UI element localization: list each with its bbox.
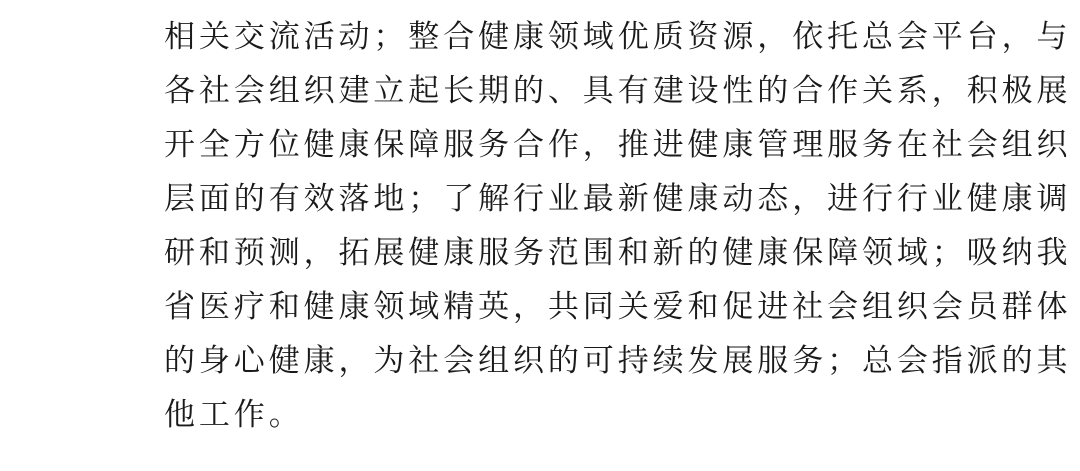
paragraph-line: 他工作。 xyxy=(164,388,924,442)
paragraph-line: 层面的有效落地；了解行业最新健康动态，进行行业健康调 xyxy=(164,172,924,226)
body-paragraph: 相关交流活动；整合健康领域优质资源，依托总会平台，与 各社会组织建立起长期的、具… xyxy=(164,10,924,442)
paragraph-line: 研和预测，拓展健康服务范围和新的健康保障领域；吸纳我 xyxy=(164,226,924,280)
paragraph-line: 各社会组织建立起长期的、具有建设性的合作关系，积极展 xyxy=(164,64,924,118)
paragraph-line: 开全方位健康保障服务合作，推进健康管理服务在社会组织 xyxy=(164,118,924,172)
document-page: 相关交流活动；整合健康领域优质资源，依托总会平台，与 各社会组织建立起长期的、具… xyxy=(0,0,1080,471)
paragraph-line: 的身心健康，为社会组织的可持续发展服务；总会指派的其 xyxy=(164,334,924,388)
paragraph-line: 相关交流活动；整合健康领域优质资源，依托总会平台，与 xyxy=(164,10,924,64)
paragraph-line: 省医疗和健康领域精英，共同关爱和促进社会组织会员群体 xyxy=(164,280,924,334)
